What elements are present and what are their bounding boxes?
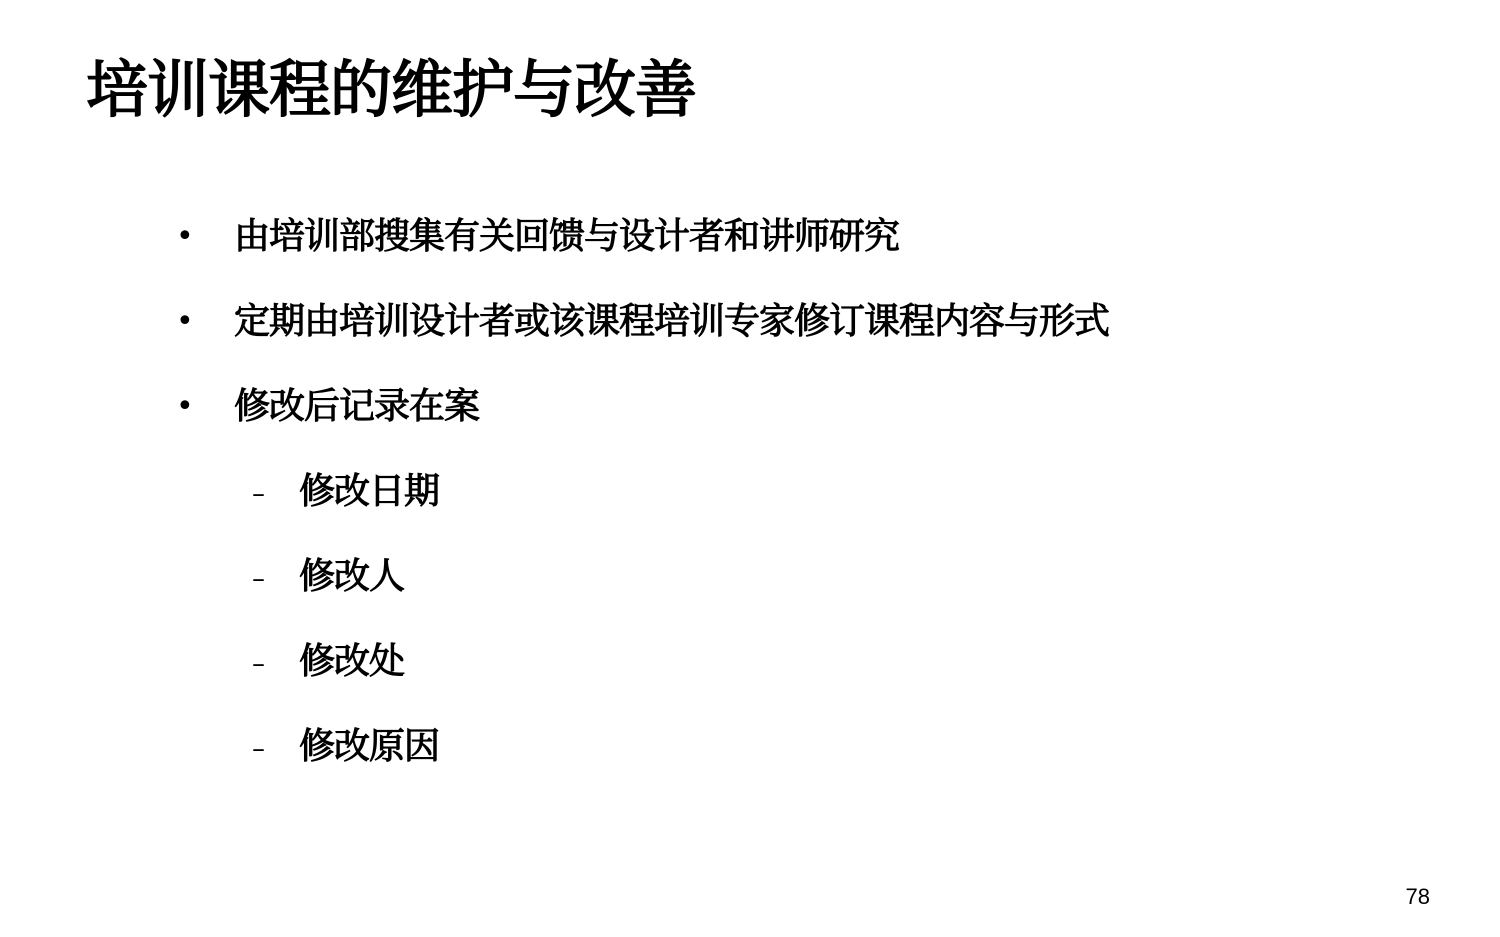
bullet-dot-icon: • <box>176 382 194 432</box>
sub-bullet-text: 修改原因 <box>299 722 439 772</box>
bullet-text: 由培训部搜集有关回馈与设计者和讲师研究 <box>234 212 899 262</box>
dash-icon: – <box>252 639 265 689</box>
page-number: 78 <box>1406 884 1430 910</box>
slide-title: 培训课程的维护与改善 <box>86 48 696 132</box>
bullet-dot-icon: • <box>176 297 194 347</box>
bullet-text: 修改后记录在案 <box>234 382 479 432</box>
sub-bullet-text: 修改日期 <box>299 467 439 517</box>
sub-bullet-text: 修改处 <box>299 637 404 687</box>
dash-icon: – <box>252 554 265 604</box>
bullet-dot-icon: • <box>176 212 194 262</box>
dash-icon: – <box>252 469 265 519</box>
dash-icon: – <box>252 724 265 774</box>
bullet-text: 定期由培训设计者或该课程培训专家修订课程内容与形式 <box>234 297 1109 347</box>
sub-bullet-text: 修改人 <box>299 552 404 602</box>
